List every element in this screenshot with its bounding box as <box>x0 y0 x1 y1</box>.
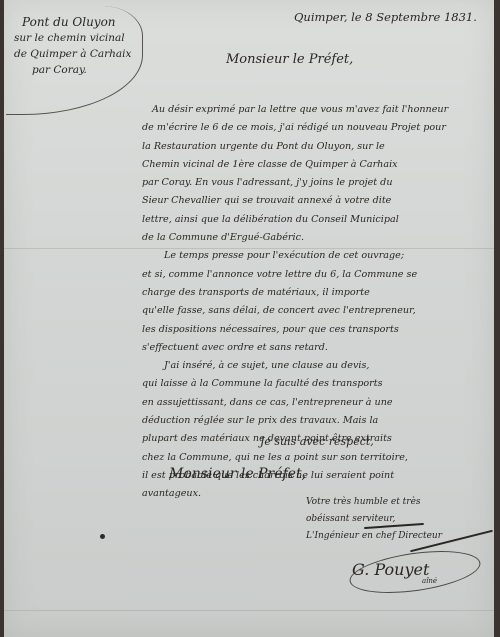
body-line: Chemin vicinal de 1ère classe de Quimper… <box>142 156 494 174</box>
place-date: Quimper, le 8 Septembre 1831. <box>294 10 477 24</box>
body-line: de m'écrire le 6 de ce mois, j'ai rédigé… <box>142 119 494 137</box>
body-line: qui laisse à la Commune la faculté des t… <box>142 375 494 393</box>
margin-note-line: sur le chemin vicinal <box>14 30 140 46</box>
paper-blemish <box>100 534 105 539</box>
salutation: Monsieur le Préfet, <box>226 52 353 67</box>
signature-line: L'Ingénieur en chef Directeur <box>306 528 442 545</box>
body-line: par Coray. En vous l'adressant, j'y join… <box>142 174 494 192</box>
body-line: J'ai inséré, à ce sujet, une clause au d… <box>142 357 494 375</box>
body-line: Au désir exprimé par la lettre que vous … <box>142 101 494 119</box>
body-line: en assujettissant, dans ce cas, l'entrep… <box>142 394 494 412</box>
body-line: de la Commune d'Ergué-Gabéric. <box>142 229 494 247</box>
body-line: Le temps presse pour l'exécution de cet … <box>142 247 494 265</box>
margin-note-line: Pont du Oluyon <box>14 14 140 30</box>
body-line: lettre, ainsi que la délibération du Con… <box>142 211 494 229</box>
letter-page: Pont du Oluyon sur le chemin vicinal de … <box>4 0 494 637</box>
closing: Je suis avec respect, <box>260 435 374 448</box>
body-line: qu'elle fasse, sans délai, de concert av… <box>142 302 494 320</box>
body-line: et si, comme l'annonce votre lettre du 6… <box>142 266 494 284</box>
closing-address: Monsieur le Préfet, <box>169 466 306 482</box>
body-line: déduction réglée sur le prix des travaux… <box>142 412 494 430</box>
body-line: s'effectuent avec ordre et sans retard. <box>142 339 494 357</box>
signature: G. Pouyet <box>352 560 429 579</box>
body-line: charge des transports de matériaux, il i… <box>142 284 494 302</box>
body-line: la Restauration urgente du Pont du Oluyo… <box>142 138 494 156</box>
signature-line: Votre très humble et très <box>306 494 442 511</box>
margin-note-line: de Quimper à Carhaix <box>14 46 140 62</box>
signature-block: Votre très humble et très obéissant serv… <box>306 494 442 545</box>
margin-note: Pont du Oluyon sur le chemin vicinal de … <box>14 14 140 78</box>
body-line: Sieur Chevallier qui se trouvait annexé … <box>142 192 494 210</box>
body-line: les dispositions nécessaires, pour que c… <box>142 321 494 339</box>
signature-suffix: aîné <box>422 577 437 585</box>
body-line: chez la Commune, qui ne les a point sur … <box>142 449 494 467</box>
margin-note-line: par Coray. <box>14 62 140 78</box>
